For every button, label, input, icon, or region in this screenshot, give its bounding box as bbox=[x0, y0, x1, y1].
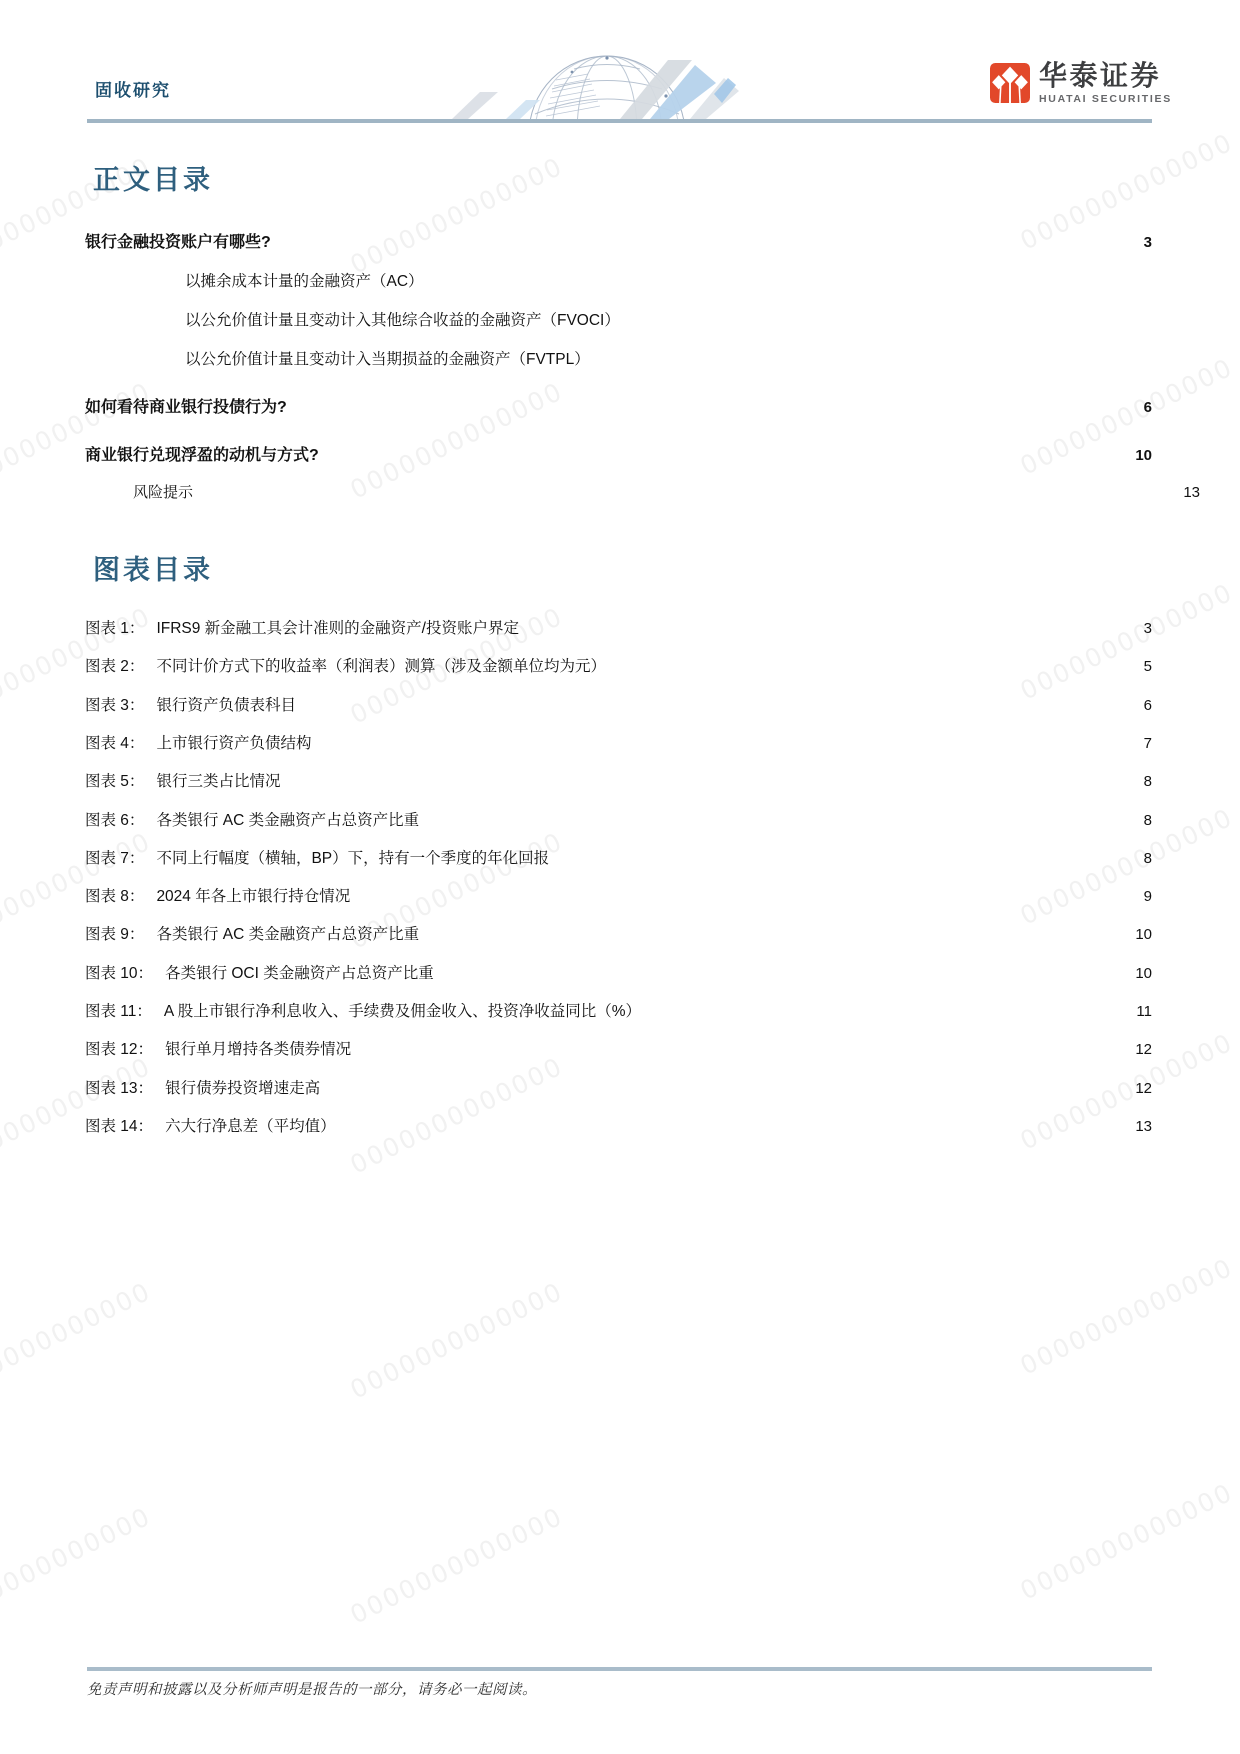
figure-title: 各类银行 AC 类金融资产占总资产比重 bbox=[156, 811, 419, 831]
figure-title: 不同上行幅度（横轴，BP）下，持有一个季度的年化回报 bbox=[156, 849, 549, 869]
figure-page: 7 bbox=[1144, 734, 1152, 754]
report-page: 0000000000000000000000000000000000000000… bbox=[0, 0, 1240, 1754]
toc-row: 商业银行兑现浮盈的动机与方式? 10 bbox=[85, 446, 1152, 466]
figure-page: 12 bbox=[1135, 1040, 1152, 1060]
watermark-text: 0000000000000 bbox=[1016, 1477, 1238, 1605]
figure-row: 图表 13： 银行债券投资增速走高 12 bbox=[85, 1079, 1152, 1099]
figure-page: 8 bbox=[1144, 772, 1152, 792]
toc-row: 以公允价值计量且变动计入其他综合收益的金融资产（FVOCI） 4 bbox=[85, 311, 1240, 331]
toc-entry-label: 以公允价值计量且变动计入其他综合收益的金融资产（FVOCI） bbox=[185, 311, 620, 331]
figure-label: 图表 13： bbox=[85, 1079, 153, 1099]
watermark-text: 0000000000000 bbox=[0, 1501, 156, 1629]
figure-label: 图表 8： bbox=[85, 887, 144, 907]
toc-entry-page: 6 bbox=[1144, 398, 1152, 418]
figure-label: 图表 9： bbox=[85, 925, 144, 945]
figure-title: 银行三类占比情况 bbox=[156, 772, 280, 792]
watermark-text: 0000000000000 bbox=[1016, 577, 1238, 705]
figure-page: 11 bbox=[1136, 1002, 1152, 1022]
figure-title: 银行债券投资增速走高 bbox=[165, 1079, 320, 1099]
figure-row: 图表 9： 各类银行 AC 类金融资产占总资产比重 10 bbox=[85, 925, 1152, 945]
figure-row: 图表 4： 上市银行资产负债结构 7 bbox=[85, 734, 1152, 754]
figure-label: 图表 10： bbox=[85, 964, 153, 984]
figure-row: 图表 14： 六大行净息差（平均值） 13 bbox=[85, 1117, 1152, 1137]
figure-page: 9 bbox=[1144, 887, 1152, 907]
figure-title: 各类银行 AC 类金融资产占总资产比重 bbox=[156, 925, 419, 945]
figure-label: 图表 14： bbox=[85, 1117, 153, 1137]
figure-title: 不同计价方式下的收益率（利润表）测算（涉及金额单位均为元） bbox=[156, 657, 606, 677]
toc-row: 风险提示 13 bbox=[85, 483, 1200, 503]
figure-page: 8 bbox=[1144, 849, 1152, 869]
figure-row: 图表 2： 不同计价方式下的收益率（利润表）测算（涉及金额单位均为元） 5 bbox=[85, 657, 1152, 677]
figure-page: 13 bbox=[1135, 1117, 1152, 1137]
figure-title: A 股上市银行净利息收入、手续费及佣金收入、投资净收益同比（%） bbox=[164, 1002, 641, 1022]
figure-row: 图表 6： 各类银行 AC 类金融资产占总资产比重 8 bbox=[85, 811, 1152, 831]
figure-label: 图表 4： bbox=[85, 734, 144, 754]
toc-entry-page: 13 bbox=[1183, 483, 1200, 503]
toc-row: 以公允价值计量且变动计入当期损益的金融资产（FVTPL） 4 bbox=[85, 350, 1240, 370]
figure-label: 图表 6： bbox=[85, 811, 144, 831]
footer-rule bbox=[87, 1667, 1152, 1671]
figure-title: IFRS9 新金融工具会计准则的金融资产/投资账户界定 bbox=[156, 619, 519, 639]
toc-entry-label: 商业银行兑现浮盈的动机与方式? bbox=[85, 446, 319, 466]
toc-entry-page: 3 bbox=[1144, 233, 1152, 253]
figure-label: 图表 7： bbox=[85, 849, 144, 869]
toc-row: 以摊余成本计量的金融资产（AC） 3 bbox=[85, 272, 1240, 292]
huatai-logo-icon bbox=[990, 63, 1030, 103]
logo-en-text: HUATAI SECURITIES bbox=[1039, 93, 1172, 105]
watermark-text: 0000000000000 bbox=[346, 1051, 568, 1179]
figure-row: 图表 12： 银行单月增持各类债券情况 12 bbox=[85, 1040, 1152, 1060]
toc-entry-label: 银行金融投资账户有哪些? bbox=[85, 233, 271, 253]
watermark-text: 0000000000000 bbox=[0, 1276, 156, 1404]
figure-row: 图表 3： 银行资产负债表科目 6 bbox=[85, 696, 1152, 716]
figure-title: 六大行净息差（平均值） bbox=[165, 1117, 336, 1137]
huatai-logo-text: 华泰证券 HUATAI SECURITIES bbox=[1039, 61, 1172, 105]
report-category: 固收研究 bbox=[95, 76, 171, 101]
globe-graphic bbox=[452, 34, 762, 119]
figure-row: 图表 5： 银行三类占比情况 8 bbox=[85, 772, 1152, 792]
watermark-text: 0000000000000 bbox=[0, 1051, 156, 1179]
figure-title: 2024 年各上市银行持仓情况 bbox=[156, 887, 350, 907]
logo-cn-text: 华泰证券 bbox=[1039, 61, 1172, 91]
figure-label: 图表 3： bbox=[85, 696, 144, 716]
toc-entry-label: 以公允价值计量且变动计入当期损益的金融资产（FVTPL） bbox=[185, 350, 590, 370]
figure-page: 12 bbox=[1135, 1079, 1152, 1099]
figure-page: 10 bbox=[1135, 925, 1152, 945]
figure-page: 6 bbox=[1144, 696, 1152, 716]
watermark-text: 0000000000000 bbox=[346, 1501, 568, 1629]
figure-row: 图表 10： 各类银行 OCI 类金融资产占总资产比重 10 bbox=[85, 964, 1152, 984]
watermark-layer: 0000000000000000000000000000000000000000… bbox=[0, 0, 1240, 1754]
figure-title: 银行单月增持各类债券情况 bbox=[165, 1040, 351, 1060]
figure-label: 图表 1： bbox=[85, 619, 144, 639]
figure-title: 银行资产负债表科目 bbox=[156, 696, 296, 716]
footer-disclaimer: 免责声明和披露以及分析师声明是报告的一部分，请务必一起阅读。 bbox=[87, 1678, 537, 1699]
toc-row: 银行金融投资账户有哪些? 3 bbox=[85, 233, 1152, 253]
toc-entry-label: 风险提示 bbox=[133, 483, 193, 503]
figure-page: 5 bbox=[1144, 657, 1152, 677]
figure-label: 图表 12： bbox=[85, 1040, 153, 1060]
huatai-logo: 华泰证券 HUATAI SECURITIES bbox=[990, 61, 1172, 105]
figure-label: 图表 11： bbox=[85, 1002, 152, 1022]
watermark-text: 0000000000000 bbox=[346, 151, 568, 279]
watermark-text: 0000000000000 bbox=[1016, 1252, 1238, 1380]
figure-page: 3 bbox=[1144, 619, 1152, 639]
figure-row: 图表 7： 不同上行幅度（横轴，BP）下，持有一个季度的年化回报 8 bbox=[85, 849, 1152, 869]
watermark-text: 0000000000000 bbox=[346, 1276, 568, 1404]
figure-title: 上市银行资产负债结构 bbox=[156, 734, 311, 754]
toc-entry-page: 10 bbox=[1135, 446, 1152, 466]
figure-page: 10 bbox=[1135, 964, 1152, 984]
figures-title: 图表目录 bbox=[93, 548, 213, 587]
toc-row: 如何看待商业银行投债行为? 6 bbox=[85, 398, 1152, 418]
figure-row: 图表 1： IFRS9 新金融工具会计准则的金融资产/投资账户界定 3 bbox=[85, 619, 1152, 639]
toc-entry-label: 如何看待商业银行投债行为? bbox=[85, 398, 287, 418]
figure-row: 图表 11： A 股上市银行净利息收入、手续费及佣金收入、投资净收益同比（%） … bbox=[85, 1002, 1152, 1022]
figure-row: 图表 8： 2024 年各上市银行持仓情况 9 bbox=[85, 887, 1152, 907]
figure-page: 8 bbox=[1144, 811, 1152, 831]
toc-entry-label: 以摊余成本计量的金融资产（AC） bbox=[185, 272, 424, 292]
toc-title: 正文目录 bbox=[93, 158, 213, 197]
figure-label: 图表 2： bbox=[85, 657, 144, 677]
figure-label: 图表 5： bbox=[85, 772, 144, 792]
header-rule bbox=[87, 119, 1152, 123]
figure-title: 各类银行 OCI 类金融资产占总资产比重 bbox=[165, 964, 434, 984]
